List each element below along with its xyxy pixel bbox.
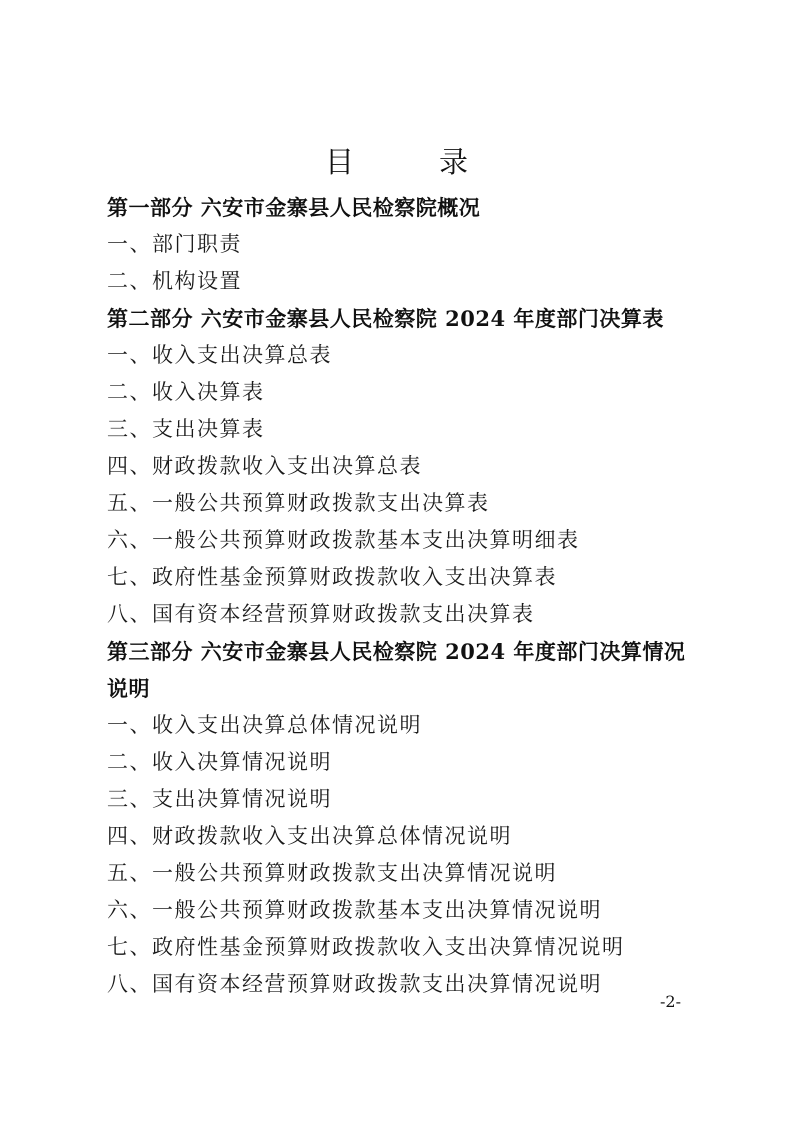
table-of-contents: 第一部分 六安市金寨县人民检察院概况 一、部门职责 二、机构设置 第二部分 六安… xyxy=(107,189,707,1003)
toc-item: 二、收入决算表 xyxy=(107,374,707,411)
toc-item: 三、支出决算表 xyxy=(107,411,707,448)
toc-item: 七、政府性基金预算财政拨款收入支出决算表 xyxy=(107,559,707,596)
toc-item: 二、收入决算情况说明 xyxy=(107,744,707,781)
document-page: 目 录 第一部分 六安市金寨县人民检察院概况 一、部门职责 二、机构设置 第二部… xyxy=(0,0,793,1122)
toc-item: 一、收入支出决算总体情况说明 xyxy=(107,707,707,744)
toc-item: 八、国有资本经营预算财政拨款支出决算表 xyxy=(107,596,707,633)
toc-item: 四、财政拨款收入支出决算总体情况说明 xyxy=(107,818,707,855)
toc-item: 六、一般公共预算财政拨款基本支出决算明细表 xyxy=(107,522,707,559)
toc-item: 一、收入支出决算总表 xyxy=(107,337,707,374)
page-number: -2- xyxy=(660,992,681,1011)
toc-item: 三、支出决算情况说明 xyxy=(107,781,707,818)
toc-part-1: 第一部分 六安市金寨县人民检察院概况 xyxy=(107,189,707,226)
toc-item: 四、财政拨款收入支出决算总表 xyxy=(107,448,707,485)
toc-item: 五、一般公共预算财政拨款支出决算表 xyxy=(107,485,707,522)
toc-item: 八、国有资本经营预算财政拨款支出决算情况说明 xyxy=(107,966,707,1003)
toc-item: 六、一般公共预算财政拨款基本支出决算情况说明 xyxy=(107,892,707,929)
toc-item: 五、一般公共预算财政拨款支出决算情况说明 xyxy=(107,855,707,892)
toc-part-2: 第二部分 六安市金寨县人民检察院 2024 年度部门决算表 xyxy=(107,300,707,337)
toc-item: 一、部门职责 xyxy=(107,226,707,263)
toc-part-3: 第三部分 六安市金寨县人民检察院 2024 年度部门决算情况说明 xyxy=(107,633,697,707)
toc-item: 七、政府性基金预算财政拨款收入支出决算情况说明 xyxy=(107,929,707,966)
page-title: 目 录 xyxy=(0,140,793,184)
toc-item: 二、机构设置 xyxy=(107,263,707,300)
